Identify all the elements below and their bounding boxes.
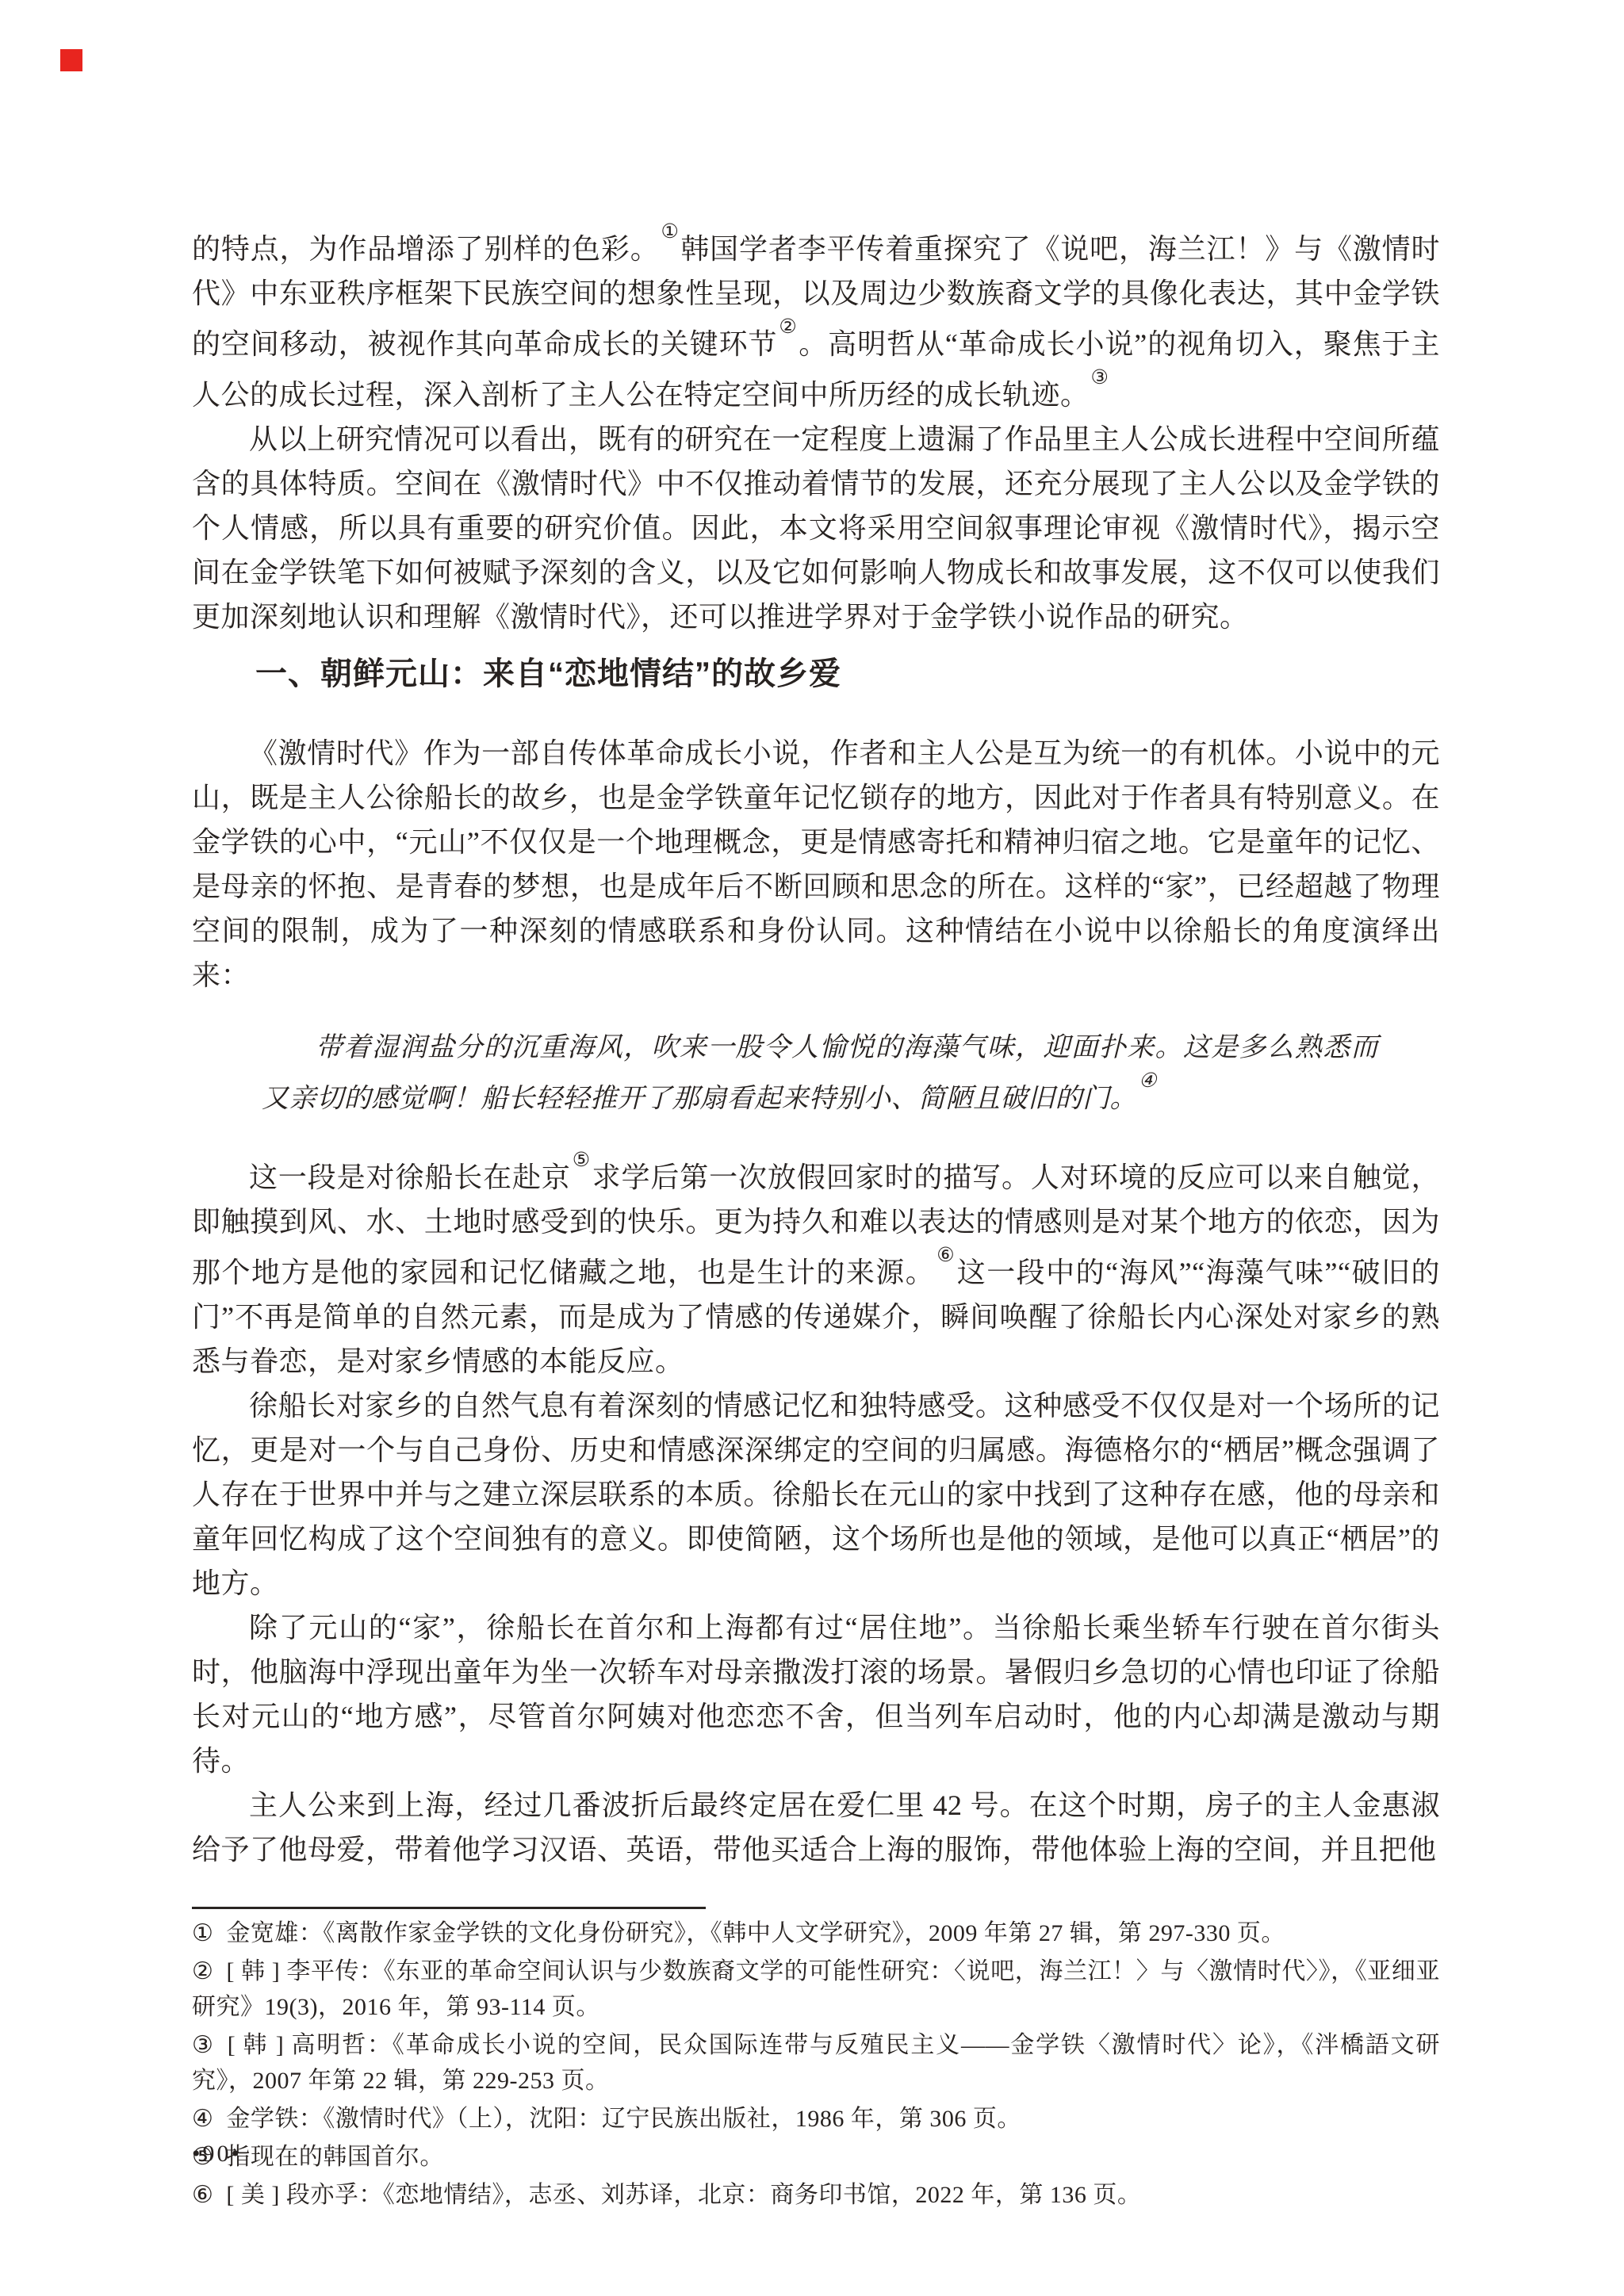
- footnote-ref: ④: [1137, 1070, 1158, 1092]
- page-number: •90•: [192, 2141, 242, 2168]
- footnote-ref: ②: [777, 316, 799, 338]
- footnote-item: ④金学铁：《激情时代》（上），沈阳：辽宁民族出版社，1986 年，第 306 页…: [192, 2101, 1440, 2137]
- footnote-ref: ①: [660, 221, 681, 243]
- footnote-item: ①金宽雄：《离散作家金学铁的文化身份研究》，《韩中人文学研究》，2009 年第 …: [192, 1915, 1440, 1951]
- footnote-text: 金宽雄：《离散作家金学铁的文化身份研究》，《韩中人文学研究》，2009 年第 2…: [226, 1920, 1285, 1946]
- footnote-marker: ①: [192, 1920, 213, 1946]
- document-page: 的特点，为作品增添了别样的色彩。①韩国学者李平传着重探究了《说吧，海兰江！》与《…: [0, 0, 1624, 2296]
- continued-paragraph: 的特点，为作品增添了别样的色彩。①韩国学者李平传着重探究了《说吧，海兰江！》与《…: [192, 220, 1440, 417]
- footnote-text: [ 美 ] 段亦孚：《恋地情结》，志丞、刘苏译，北京：商务印书馆，2022 年，…: [226, 2182, 1141, 2208]
- footnote-divider: [192, 1907, 706, 1909]
- paragraph: 主人公来到上海，经过几番波折后最终定居在爱仁里 42 号。在这个时期，房子的主人…: [192, 1783, 1440, 1872]
- footnote-marker: ③: [192, 2032, 215, 2058]
- footnote-text: [ 韩 ] 高明哲：《革命成长小说的空间，民众国际连带与反殖民主义——金学铁〈激…: [192, 2032, 1440, 2094]
- footnote-ref: ⑥: [935, 1245, 956, 1266]
- paragraph: 从以上研究情况可以看出，既有的研究在一定程度上遗漏了作品里主人公成长进程中空间所…: [192, 417, 1440, 639]
- footnote-marker: ④: [192, 2106, 213, 2132]
- footnote-item: ③[ 韩 ] 高明哲：《革命成长小说的空间，民众国际连带与反殖民主义——金学铁〈…: [192, 2027, 1440, 2099]
- block-quote: 带着湿润盐分的沉重海风，吹来一股令人愉悦的海藻气味，迎面扑来。这是多么熟悉而又亲…: [262, 1026, 1378, 1120]
- paragraph: 这一段是对徐船长在赴京⑤求学后第一次放假回家时的描写。人对环境的反应可以来自触觉…: [192, 1149, 1440, 1383]
- footnote-marker: ⑥: [192, 2182, 213, 2208]
- footnotes: ①金宽雄：《离散作家金学铁的文化身份研究》，《韩中人文学研究》，2009 年第 …: [192, 1915, 1440, 2213]
- footnote-text: 金学铁：《激情时代》（上），沈阳：辽宁民族出版社，1986 年，第 306 页。: [226, 2106, 1021, 2132]
- footnote-text: [ 韩 ] 李平传：《东亚的革命空间认识与少数族裔文学的可能性研究：〈说吧，海兰…: [192, 1958, 1440, 2020]
- footnote-item: ⑤指现在的韩国首尔。: [192, 2139, 1440, 2175]
- footnote-ref: ⑤: [571, 1150, 592, 1171]
- footnote-marker: ②: [192, 1958, 214, 1984]
- section-heading: 一、朝鲜元山：来自“恋地情结”的故乡爱: [192, 652, 1440, 696]
- paragraph: 《激情时代》作为一部自传体革命成长小说，作者和主人公是互为统一的有机体。小说中的…: [192, 731, 1440, 997]
- article-body: 的特点，为作品增添了别样的色彩。①韩国学者李平传着重探究了《说吧，海兰江！》与《…: [192, 220, 1440, 2215]
- footnote-text: 指现在的韩国首尔。: [226, 2144, 444, 2170]
- footnote-ref: ③: [1090, 367, 1110, 388]
- paragraph: 徐船长对家乡的自然气息有着深刻的情感记忆和独特感受。这种感受不仅仅是对一个场所的…: [192, 1383, 1440, 1605]
- red-corner-marker: [60, 49, 82, 71]
- footnote-item: ⑥[ 美 ] 段亦孚：《恋地情结》，志丞、刘苏译，北京：商务印书馆，2022 年…: [192, 2177, 1440, 2213]
- paragraph: 除了元山的“家”，徐船长在首尔和上海都有过“居住地”。当徐船长乘坐轿车行驶在首尔…: [192, 1605, 1440, 1783]
- footnote-item: ②[ 韩 ] 李平传：《东亚的革命空间认识与少数族裔文学的可能性研究：〈说吧，海…: [192, 1954, 1440, 2025]
